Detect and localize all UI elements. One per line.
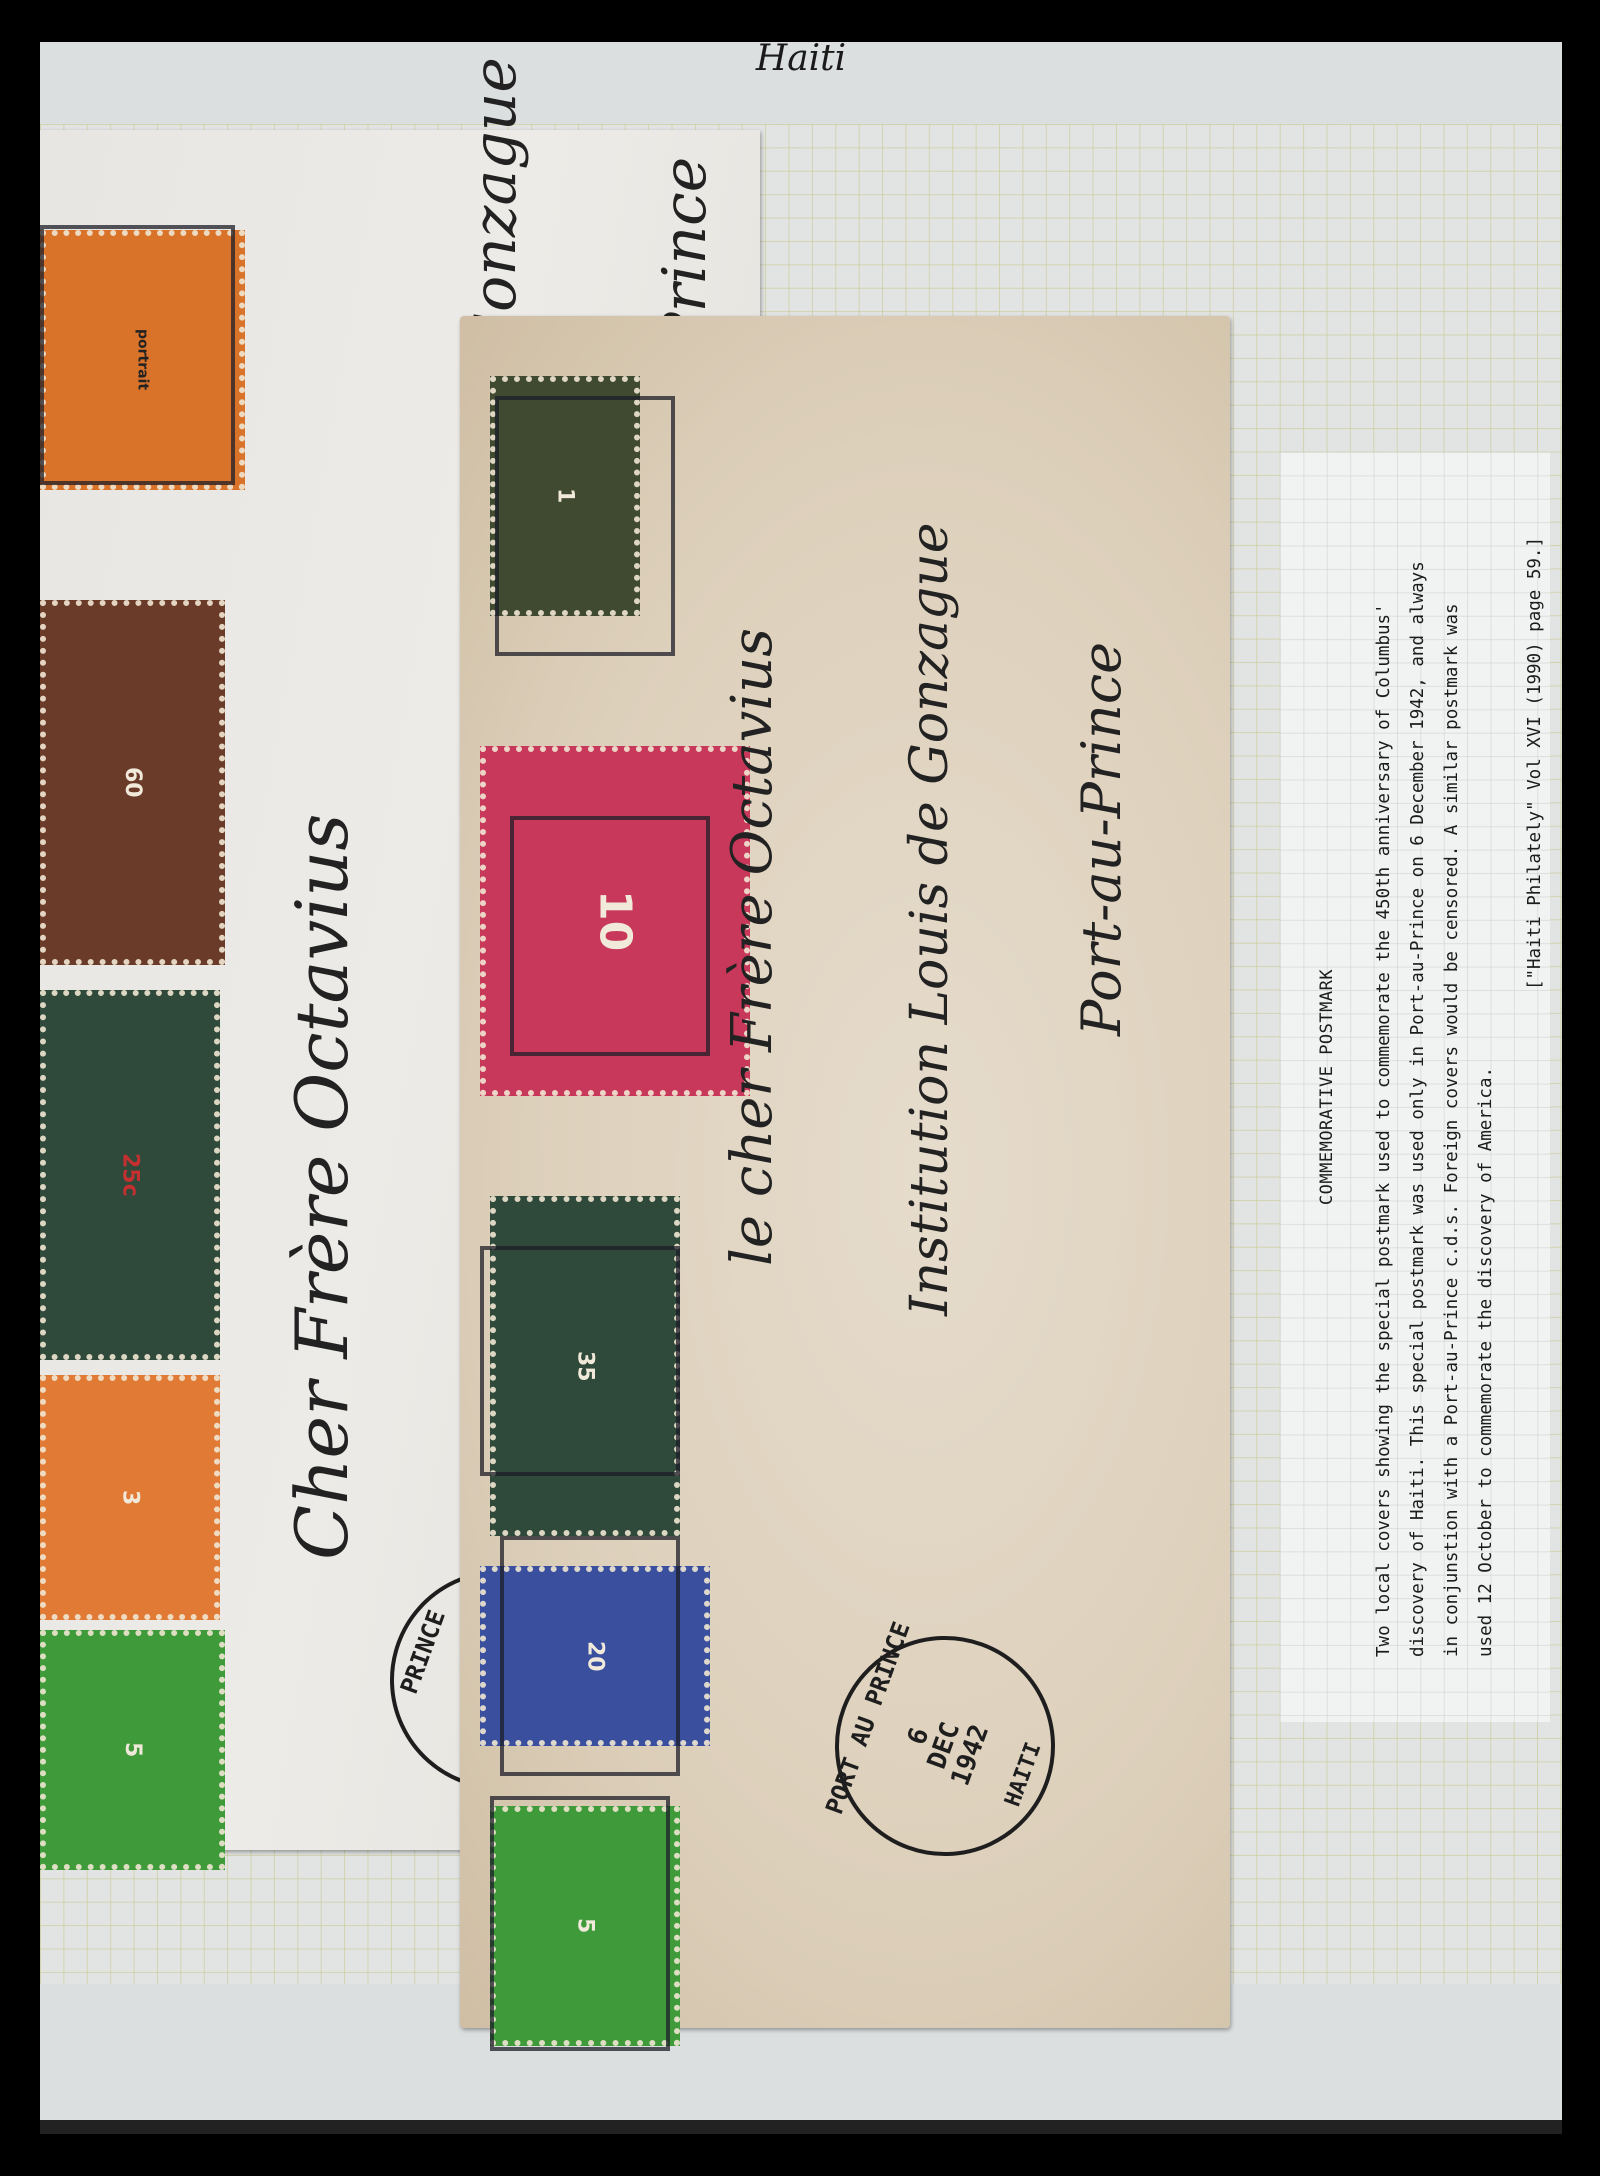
address-line: Cher Frère Octavius xyxy=(280,310,364,1560)
stamp-denom: 5 xyxy=(52,1642,213,1858)
note-line: discovery of Haiti. This special postmar… xyxy=(1401,477,1435,1697)
stamp-back-2: 60 xyxy=(40,600,225,965)
album-page: Haiti portrait 60 25c 3 5 Cher Frère Oct… xyxy=(40,42,1562,2120)
cds-postmark-front: PORT AU PRINCE 6 DEC 1942 HAITI xyxy=(804,1605,1086,1887)
cancel-box xyxy=(510,816,710,1056)
address-line: Institution Louis de Gonzague xyxy=(900,416,960,1316)
cancel-box xyxy=(40,225,235,485)
note-line: in conjunstion with a Port-au-Prince c.d… xyxy=(1435,477,1469,1697)
stamp-back-4: 3 xyxy=(40,1375,220,1620)
cover-front: 1 10 35 20 5 le cher Frère Octavius Inst… xyxy=(460,316,1230,2028)
note-line: used 12 October to commemorate the disco… xyxy=(1469,477,1503,1697)
cancel-box xyxy=(480,1246,680,1476)
cancel-box xyxy=(495,396,675,656)
note-body: Two local covers showing the special pos… xyxy=(1367,477,1503,1697)
note-title: COMMEMORATIVE POSTMARK xyxy=(1317,477,1337,1697)
address-line: Port-au-Prince xyxy=(1070,516,1133,1036)
stamp-denom: 25c xyxy=(52,1002,208,1348)
description-card: COMMEMORATIVE POSTMARK Two local covers … xyxy=(1280,452,1550,1722)
stamp-back-5: 5 xyxy=(40,1630,225,1870)
address-line: le cher Frère Octavius xyxy=(720,566,785,1266)
note-line: Two local covers showing the special pos… xyxy=(1367,477,1401,1697)
note-reference: ["Haiti Philately" Vol XVI (1990) page 5… xyxy=(1525,477,1545,1697)
album-binding-edge xyxy=(40,2120,1562,2134)
cancel-box xyxy=(490,1796,670,2051)
page-title: Haiti xyxy=(40,42,1562,79)
cancel-box xyxy=(500,1536,680,1776)
stamp-back-3: 25c xyxy=(40,990,220,1360)
stamp-denom: 60 xyxy=(52,612,213,953)
stamp-denom: 3 xyxy=(52,1387,208,1608)
